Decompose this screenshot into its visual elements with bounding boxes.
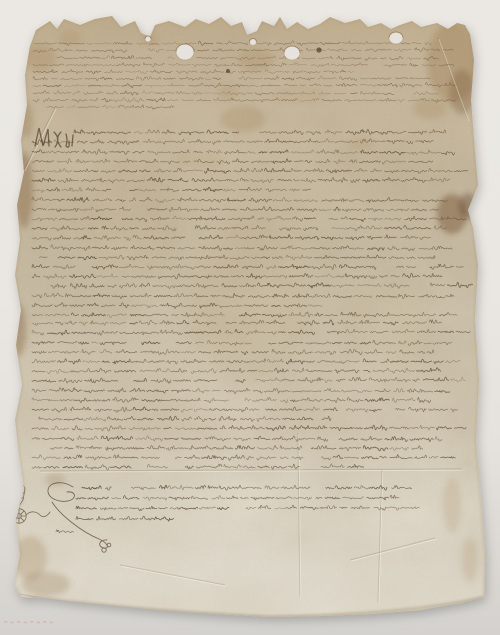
pink-reference-dashes: [4, 621, 53, 623]
manuscript-photo: Photograph of an aged 15th-century parch…: [0, 0, 500, 635]
parchment-document: [0, 0, 500, 635]
